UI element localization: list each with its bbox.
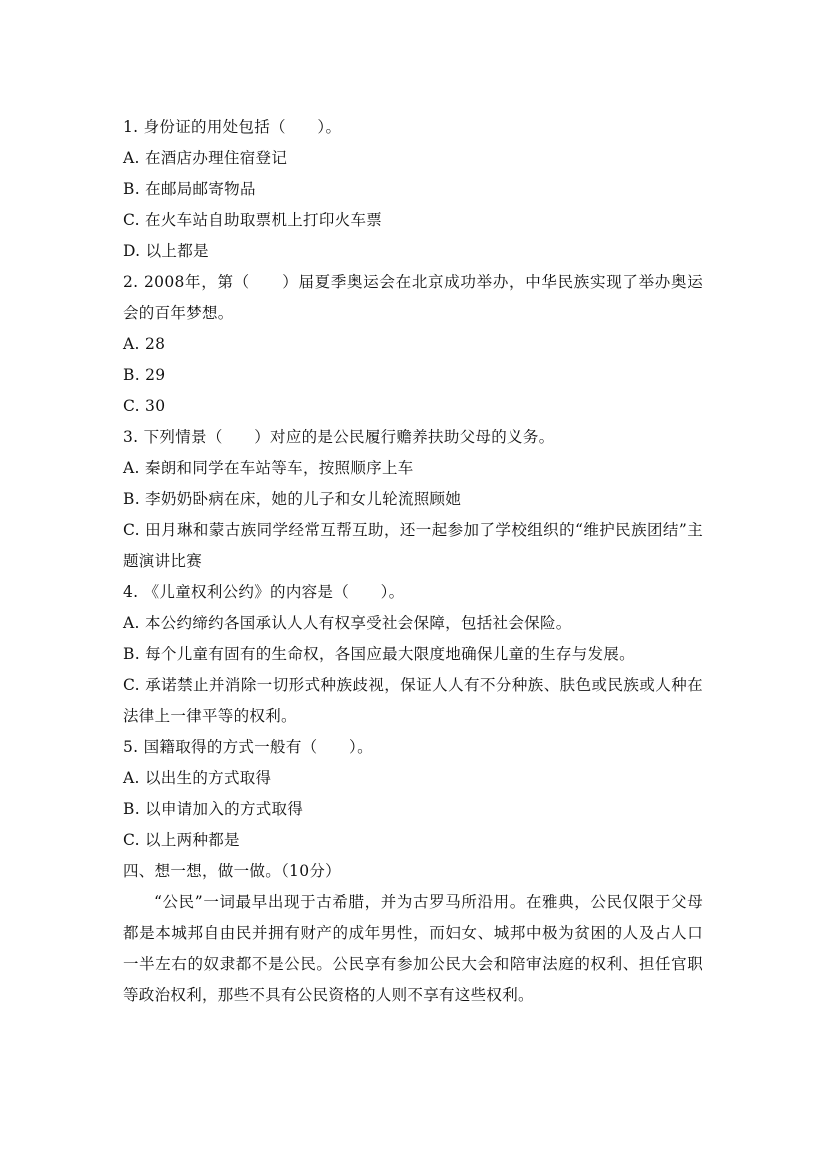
question-2: 2. 2008年，第（ ）届夏季奥运会在北京成功举办，中华民族实现了举办奥运会的… [123, 267, 703, 422]
option-c: C. 在火车站自助取票机上打印火车票 [123, 205, 703, 236]
question-stem: 3. 下列情景（ ）对应的是公民履行赡养扶助父母的义务。 [123, 422, 703, 453]
section-4: 四、想一想，做一做。（10分） “公民”一词最早出现于古希腊，并为古罗马所沿用。… [123, 856, 703, 1011]
option-a: A. 28 [123, 329, 703, 360]
document-page: 1. 身份证的用处包括（ ）。 A. 在酒店办理住宿登记 B. 在邮局邮寄物品 … [123, 112, 703, 1011]
option-b: B. 在邮局邮寄物品 [123, 174, 703, 205]
option-b: B. 以申请加入的方式取得 [123, 794, 703, 825]
section-paragraph: “公民”一词最早出现于古希腊，并为古罗马所沿用。在雅典，公民仅限于父母都是本城邦… [123, 887, 703, 1011]
option-d: D. 以上都是 [123, 236, 703, 267]
option-a: A. 以出生的方式取得 [123, 763, 703, 794]
option-c: C. 承诺禁止并消除一切形式种族歧视，保证人人有不分种族、肤色或民族或人种在法律… [123, 670, 703, 732]
option-c: C. 田月琳和蒙古族同学经常互帮互助，还一起参加了学校组织的“维护民族团结”主题… [123, 515, 703, 577]
question-stem: 4. 《儿童权利公约》的内容是（ ）。 [123, 577, 703, 608]
question-stem: 2. 2008年，第（ ）届夏季奥运会在北京成功举办，中华民族实现了举办奥运会的… [123, 267, 703, 329]
question-5: 5. 国籍取得的方式一般有（ ）。 A. 以出生的方式取得 B. 以申请加入的方… [123, 732, 703, 856]
question-3: 3. 下列情景（ ）对应的是公民履行赡养扶助父母的义务。 A. 秦朗和同学在车站… [123, 422, 703, 577]
option-c: C. 30 [123, 391, 703, 422]
option-b: B. 李奶奶卧病在床，她的儿子和女儿轮流照顾她 [123, 484, 703, 515]
question-stem: 5. 国籍取得的方式一般有（ ）。 [123, 732, 703, 763]
option-a: A. 在酒店办理住宿登记 [123, 143, 703, 174]
question-4: 4. 《儿童权利公约》的内容是（ ）。 A. 本公约缔约各国承认人人有权享受社会… [123, 577, 703, 732]
question-1: 1. 身份证的用处包括（ ）。 A. 在酒店办理住宿登记 B. 在邮局邮寄物品 … [123, 112, 703, 267]
question-stem: 1. 身份证的用处包括（ ）。 [123, 112, 703, 143]
option-c: C. 以上两种都是 [123, 825, 703, 856]
option-a: A. 本公约缔约各国承认人人有权享受社会保障，包括社会保险。 [123, 608, 703, 639]
option-a: A. 秦朗和同学在车站等车，按照顺序上车 [123, 453, 703, 484]
option-b: B. 29 [123, 360, 703, 391]
option-b: B. 每个儿童有固有的生命权，各国应最大限度地确保儿童的生存与发展。 [123, 639, 703, 670]
section-heading: 四、想一想，做一做。（10分） [123, 856, 703, 887]
